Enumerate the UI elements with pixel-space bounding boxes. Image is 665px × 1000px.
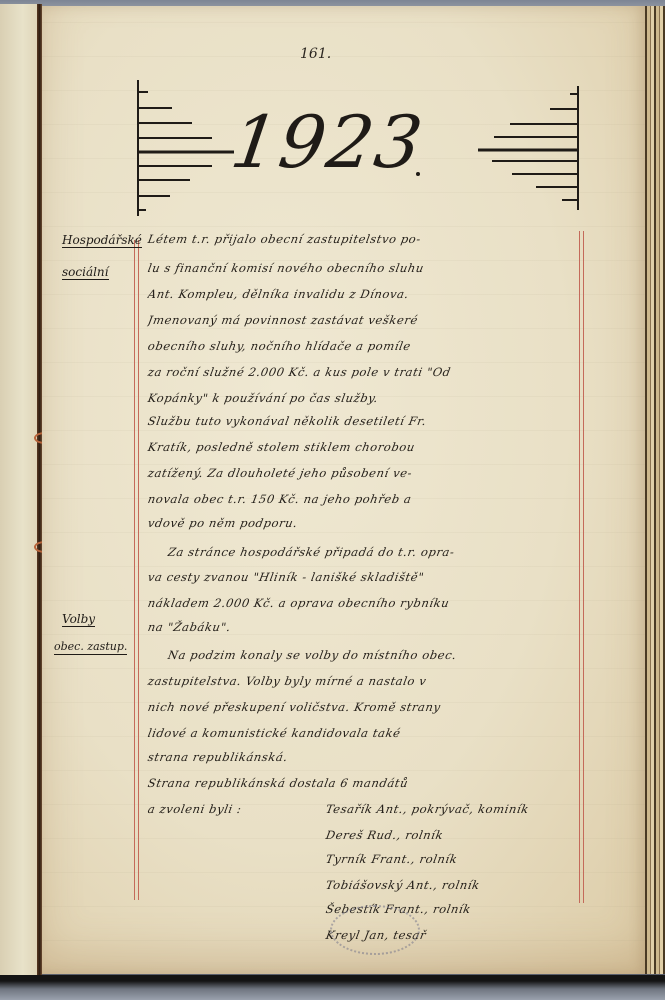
body-line: Kratík, posledně stolem stiklem chorobou xyxy=(147,440,579,454)
left-margin-rule xyxy=(134,240,139,900)
archive-stamp xyxy=(330,905,420,955)
body-line: Na podzim konaly se volby do místního ob… xyxy=(167,648,599,662)
body-line: novala obec t.r. 150 Kč. na jeho pohřeb … xyxy=(147,492,579,506)
body-line: Za stránce hospodářské připadá do t.r. o… xyxy=(167,545,599,559)
body-line: va cesty zvanou "Hliník - lanišké skladi… xyxy=(147,570,579,584)
left-page-edge xyxy=(0,4,38,976)
right-ornament-icon xyxy=(476,86,580,210)
body-line: obecního sluhy, nočního hlídače a pomíle xyxy=(147,339,579,353)
body-line: lu s finanční komisí nového obecního slu… xyxy=(147,261,579,275)
body-line: Ant. Kompleu, dělníka invalidu z Dínova. xyxy=(147,287,579,301)
body-line: nákladem 2.000 Kč. a oprava obecního ryb… xyxy=(147,596,579,610)
body-line: Službu tuto vykonával několik desetiletí… xyxy=(147,414,579,428)
year-heading: 1923 xyxy=(226,100,429,184)
elected-member: Tyrník Frant., rolník xyxy=(325,852,567,866)
body-line: na "Žabáku". xyxy=(147,620,579,634)
right-margin-rule xyxy=(579,231,584,903)
body-line: vdově po něm podporu. xyxy=(147,516,579,530)
elected-member: Tobiášovský Ant., rolník xyxy=(325,878,567,892)
page-stack-edges xyxy=(645,6,665,974)
body-line: nich nové přeskupení voličstva. Kromě st… xyxy=(147,700,579,714)
body-line: Kopánky" k používání po čas služby. xyxy=(147,391,579,405)
body-line: Létem t.r. přijalo obecní zastupitelstvo… xyxy=(147,232,579,246)
background-bottom xyxy=(0,975,665,1000)
margin-note-economic: Hospodářské xyxy=(62,233,142,248)
page-number: 161. xyxy=(300,46,331,62)
elected-member: Tesařík Ant., pokrývač, kominík xyxy=(325,802,567,816)
body-line: Strana republikánská dostala 6 mandátů xyxy=(147,776,579,790)
body-line: za roční služné 2.000 Kč. a kus pole v t… xyxy=(147,365,579,379)
body-line: Jmenovaný má povinnost zastávat veškeré xyxy=(147,313,579,327)
elected-member: Dereš Rud., rolník xyxy=(325,828,567,842)
body-line: lidové a komunistické kandidovala také xyxy=(147,726,579,740)
year-period xyxy=(416,172,420,176)
body-line: zastupitelstva. Volby byly mírné a nasta… xyxy=(147,674,579,688)
body-line: strana republikánská. xyxy=(147,750,579,764)
left-ornament-icon xyxy=(136,80,236,216)
margin-note-social: sociální xyxy=(62,265,109,280)
body-line: zatížený. Za dlouholeté jeho působení ve… xyxy=(147,466,579,480)
margin-note-elections: Volby xyxy=(62,612,95,627)
margin-note-council: obec. zastup. xyxy=(54,640,127,655)
